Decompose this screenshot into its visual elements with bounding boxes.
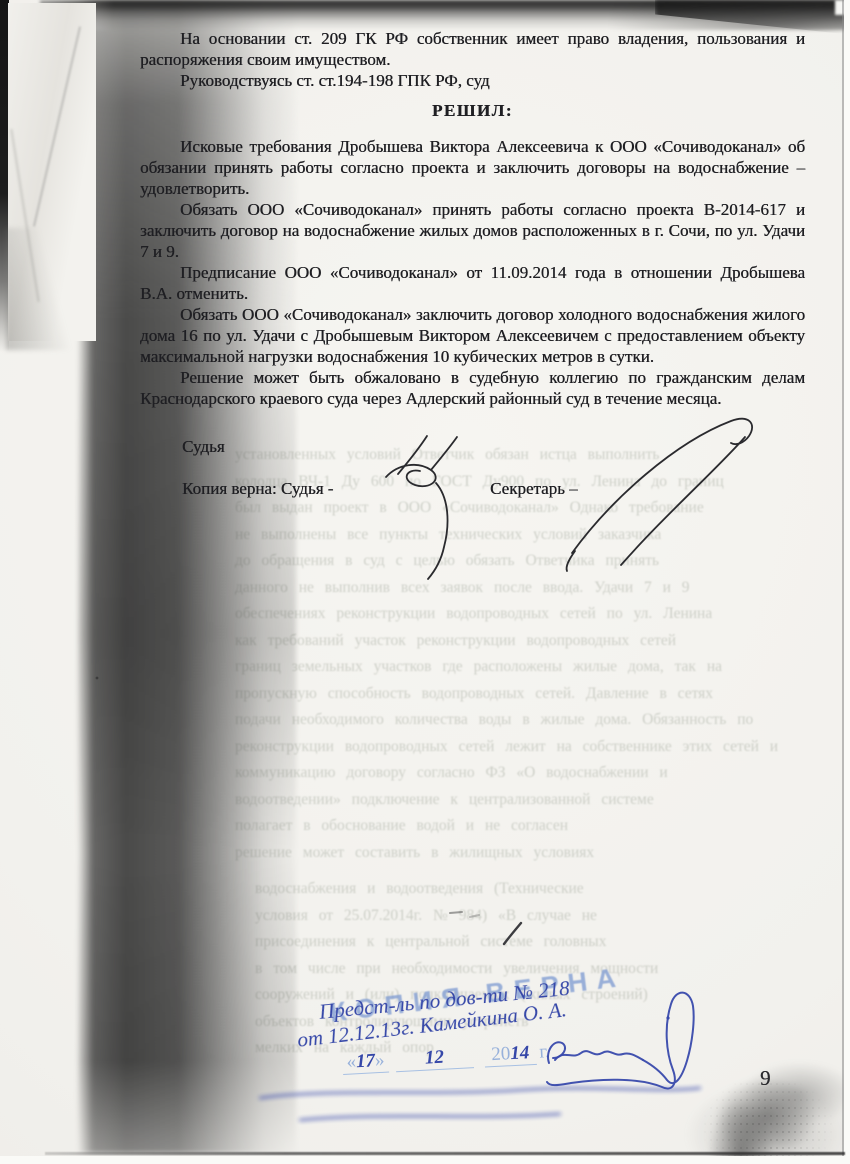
bleed-through-line: пропускную способность водопроводных сет… [235,681,830,708]
resolution-heading: РЕШИЛ: [140,100,805,121]
date-year-cell: 2014 [484,1042,537,1068]
stamp-date-line: «17»122014г. [342,1041,550,1075]
handwritten-day: 17 [355,1050,375,1072]
bleed-through-line: данного не выполнив всех заявок после вв… [235,575,830,602]
intro-paragraph: Руководствуясь ст. ст.194-198 ГПК РФ, су… [140,70,805,91]
pen-dash-mark [470,915,479,917]
bleed-through-line: границ земельных участков где расположен… [235,654,830,681]
scanner-bed-right [844,0,850,1164]
resolution-paragraph: Обязать ООО «Сочиводоканал» заключить до… [140,304,805,367]
pen-dash-mark [450,912,462,913]
judge-label: Судья [182,437,225,456]
resolution-paragraph: Обязать ООО «Сочиводоканал» принять рабо… [140,199,805,262]
secretary-label: Секретарь – [490,478,578,499]
copy-certified-label: Копия верна: Судья - [182,478,333,499]
bleed-through-line: до обращения в суд с целью обязать Ответ… [235,548,830,575]
scan-smudge-speckles [660,1040,840,1164]
handwritten-month: 12 [424,1047,444,1069]
intro-paragraph: На основании ст. 209 ГК РФ собственник и… [140,28,805,70]
bleed-through-line: как требований участок реконструкции вод… [235,628,830,655]
bleed-through-line: коммуникацию договору согласно ФЗ «О вод… [235,760,830,787]
date-day-cell: «17» [342,1050,389,1075]
scanner-bed-bottom [0,1156,850,1164]
pen-slash-mark [504,923,521,944]
bleed-through-line: полагает в обоснование водой и не соглас… [235,813,830,840]
bleed-through-line: присоединения к центральной системе голо… [255,929,830,956]
bleed-through-line: водоснабжения и водоотведения (Техническ… [255,876,830,903]
bleed-through-line: не выполнены все пункты технических усло… [235,522,830,549]
printed-era-letter: г. [539,1041,550,1063]
bleed-through-line: обеспечениях реконструкции водопроводных… [235,601,830,628]
resolution-paragraph: Решение может быть обжаловано в судебную… [140,367,805,409]
bleed-through-line: подачи необходимого количества воды в жи… [235,707,830,734]
paper-fold-shadow [6,228,80,350]
bleed-through-text-block-upper: установленных условий Ответчик обязан ис… [235,442,830,866]
page-edge-line-bottom [45,1152,845,1155]
decision-text: На основании ст. 209 ГК РФ собственник и… [140,28,805,499]
handwritten-year: 14 [510,1042,530,1064]
bleed-through-line: реконструкции водопроводных сетей лежит … [235,734,830,761]
resolution-paragraph: Предписание ООО «Сочиводоканал» от 11.09… [140,262,805,304]
page-number: 9 [760,1066,771,1091]
resolution-paragraph: Исковые требования Дробышева Виктора Але… [140,136,805,199]
bleed-through-line: решение может составить в жилищных услов… [235,840,830,867]
bleed-through-line: водоотведении» подключение к централизов… [235,787,830,814]
bleed-through-line: условия от 25.07.2014г. № 984) «В случае… [255,903,830,930]
date-month-cell: 12 [395,1045,474,1072]
scanned-court-decision-page: установленных условий Ответчик обязан ис… [0,0,850,1164]
printed-year-prefix: 20 [491,1043,511,1065]
quote-mark: » [374,1050,385,1071]
